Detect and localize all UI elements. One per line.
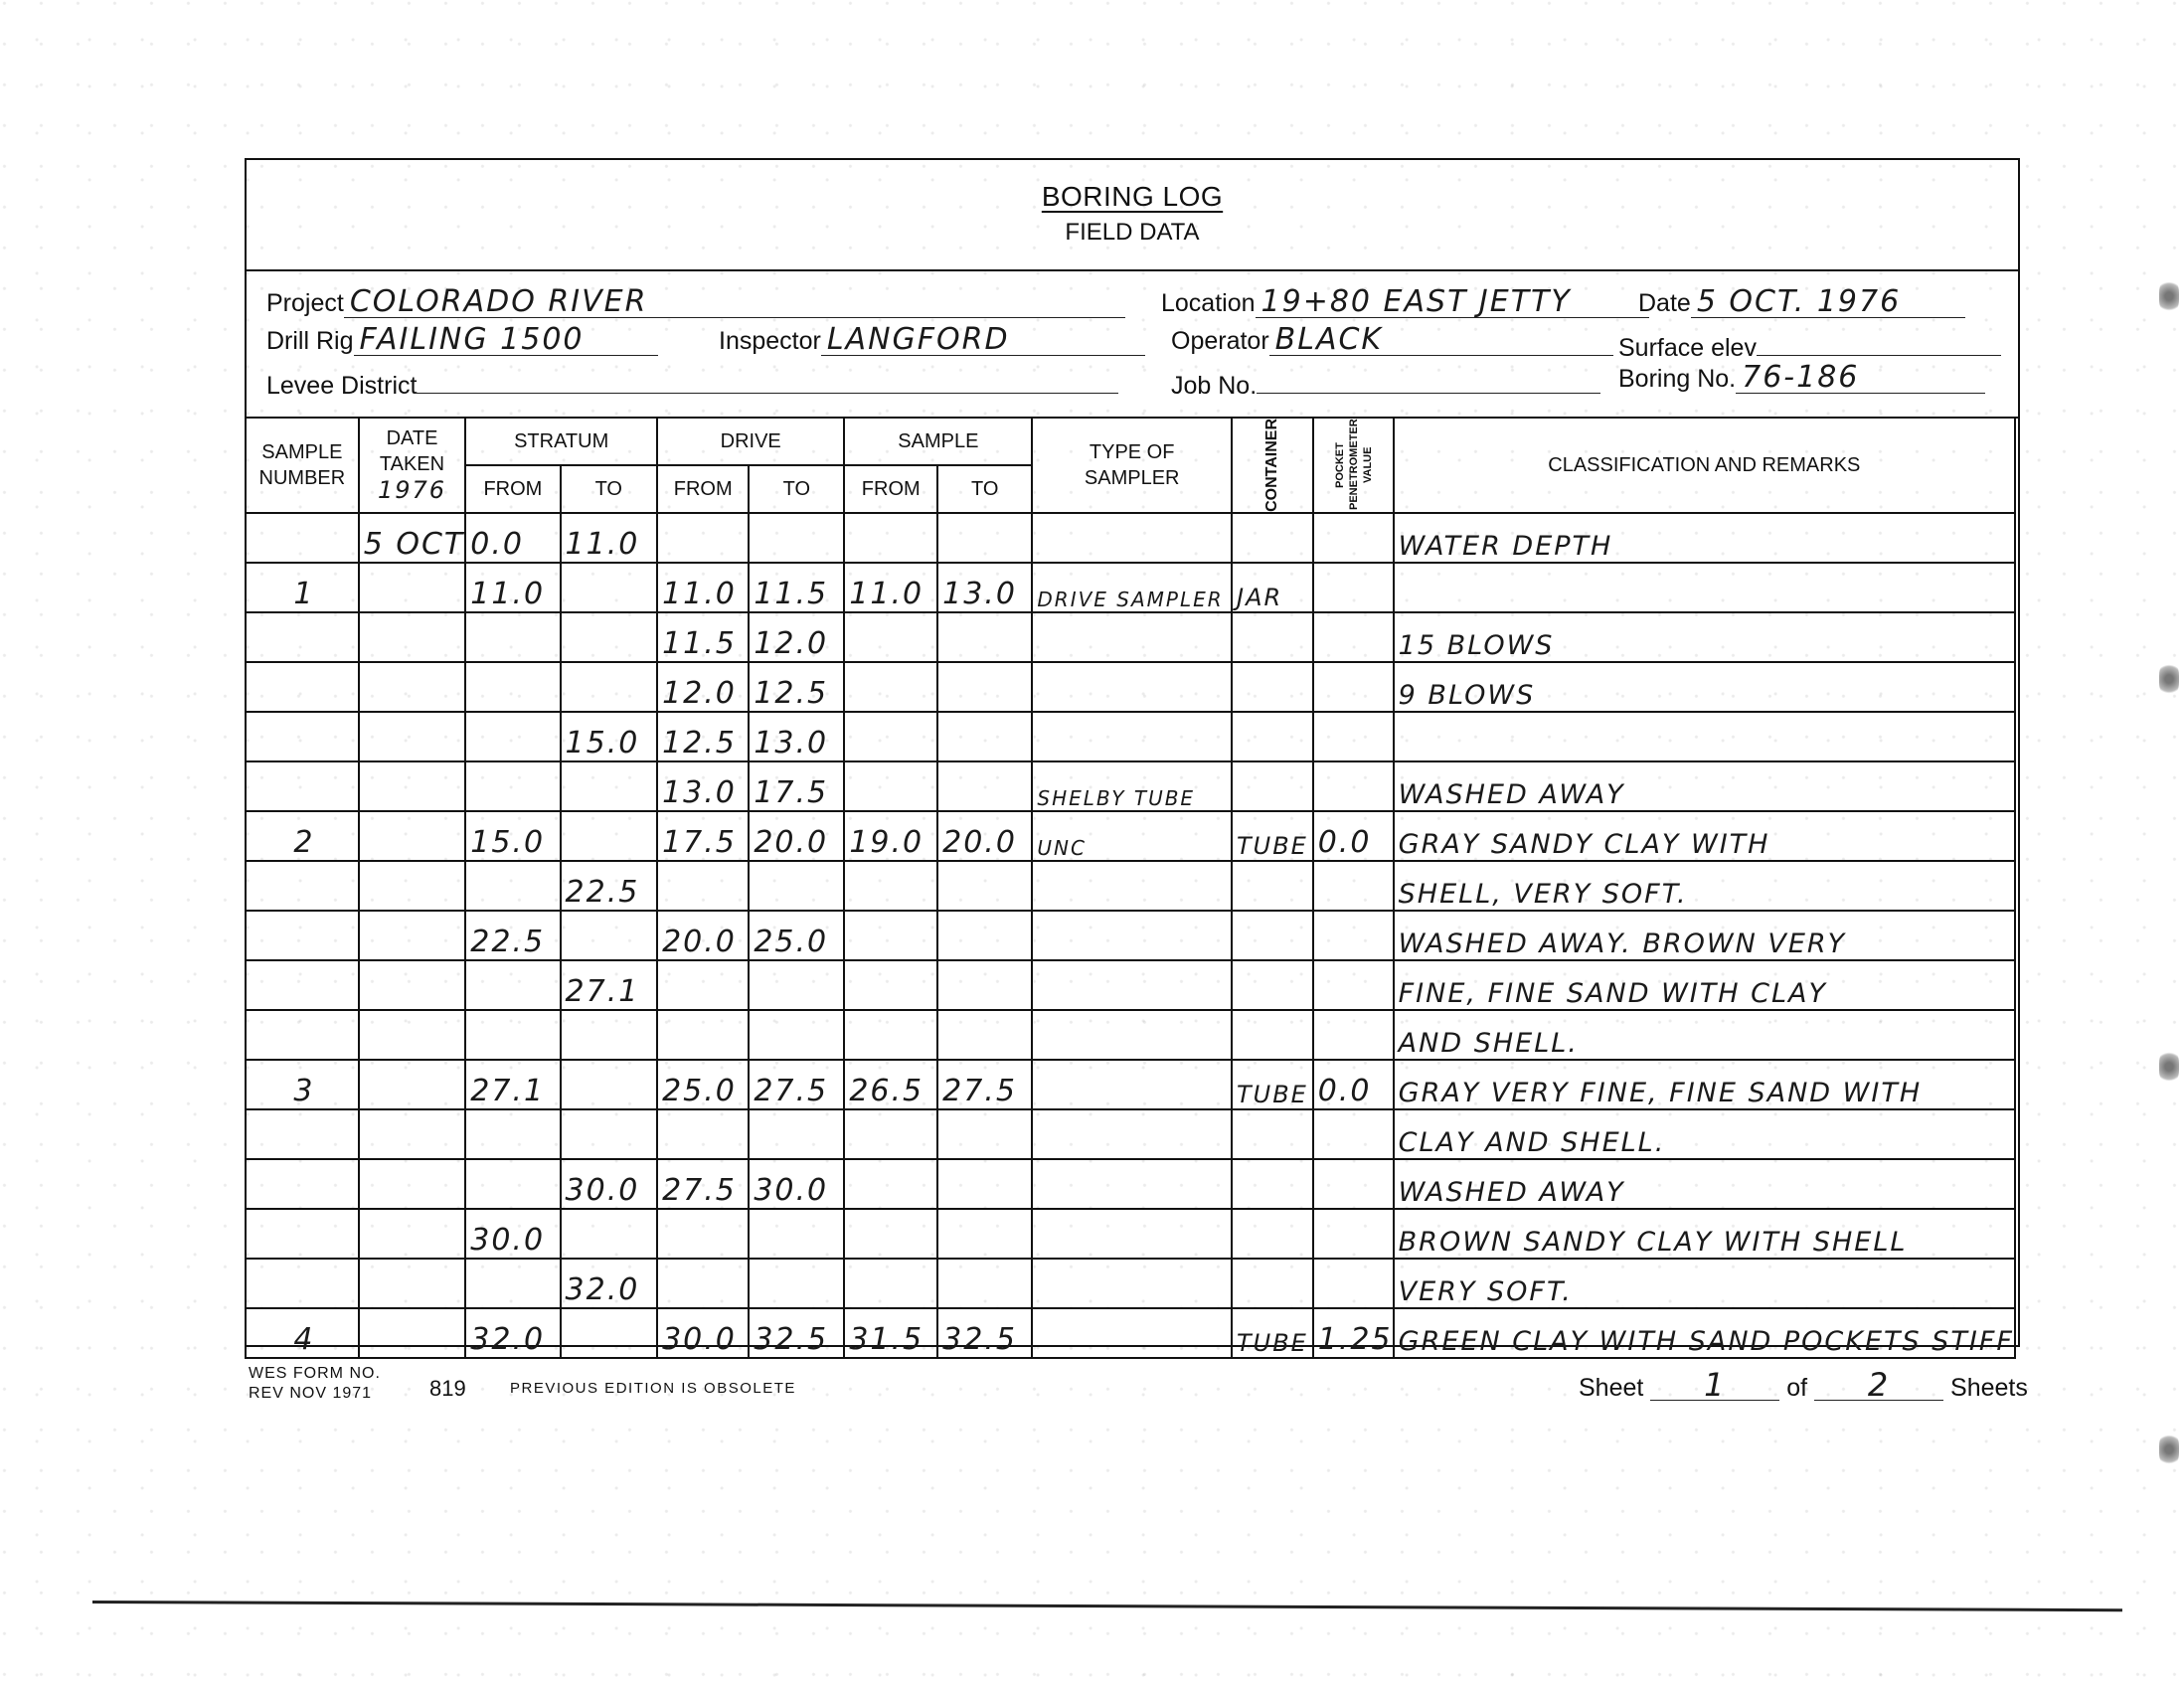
penetrometer-cell[interactable] — [1313, 612, 1394, 662]
container-cell[interactable]: JAR — [1232, 563, 1313, 612]
stratum-from-cell[interactable] — [465, 1159, 560, 1209]
stratum-from-cell[interactable]: 27.1 — [465, 1060, 560, 1109]
date-taken-cell[interactable] — [359, 1010, 466, 1060]
sample-from-cell[interactable] — [844, 911, 937, 960]
col-classification: CLASSIFICATION AND REMARKS — [1394, 418, 2015, 513]
sample-to-cell[interactable] — [937, 761, 1032, 811]
col-sample: SAMPLE — [844, 418, 1032, 465]
drive-from-cell[interactable]: 17.5 — [657, 811, 749, 861]
sample-to-cell[interactable] — [937, 960, 1032, 1010]
penetrometer-cell[interactable]: 0.0 — [1313, 811, 1394, 861]
drive-to-cell[interactable]: 12.0 — [749, 612, 844, 662]
stratum-to-cell[interactable] — [561, 1010, 658, 1060]
drive-to-cell[interactable] — [749, 1109, 844, 1159]
remarks-cell[interactable]: 9 BLOWS — [1394, 662, 2015, 712]
form-title-box: BORING LOG FIELD DATA — [247, 160, 2018, 271]
remarks-cell[interactable]: GRAY VERY FINE, FINE SAND WITH — [1394, 1060, 2015, 1109]
drive-to-cell[interactable]: 13.0 — [749, 712, 844, 761]
drive-from-cell[interactable] — [657, 960, 749, 1010]
container-cell[interactable] — [1232, 911, 1313, 960]
stratum-to-cell[interactable]: 22.5 — [561, 861, 658, 911]
sample-to-cell[interactable] — [937, 1010, 1032, 1060]
col-container: CONTAINER — [1232, 418, 1313, 513]
location-value[interactable]: 19+80 EAST JETTY — [1256, 287, 1649, 318]
drive-to-cell[interactable]: 32.5 — [749, 1308, 844, 1358]
remarks-cell[interactable]: GRAY SANDY CLAY WITH — [1394, 811, 2015, 861]
sampler-type-cell[interactable] — [1032, 1308, 1232, 1358]
col-stratum: STRATUM — [465, 418, 657, 465]
sample-number-cell[interactable] — [246, 662, 359, 712]
container-cell[interactable]: TUBE — [1232, 811, 1313, 861]
sampler-type-cell[interactable] — [1032, 1159, 1232, 1209]
drive-from-cell[interactable]: 25.0 — [657, 1060, 749, 1109]
sample-from-cell[interactable]: 11.0 — [844, 563, 937, 612]
table-row: AND SHELL. — [246, 1010, 2015, 1060]
sample-to-cell[interactable] — [937, 861, 1032, 911]
sample-from-cell[interactable]: 31.5 — [844, 1308, 937, 1358]
sample-number-cell[interactable] — [246, 1159, 359, 1209]
sample-number-cell[interactable] — [246, 712, 359, 761]
drive-to-cell[interactable] — [749, 861, 844, 911]
drive-from-cell[interactable]: 30.0 — [657, 1308, 749, 1358]
sample-from-cell[interactable] — [844, 712, 937, 761]
sample-from-cell[interactable] — [844, 960, 937, 1010]
date-taken-cell[interactable] — [359, 1308, 466, 1358]
penetrometer-cell[interactable] — [1313, 1209, 1394, 1259]
date-taken-cell[interactable] — [359, 861, 466, 911]
drive-from-cell[interactable]: 11.0 — [657, 563, 749, 612]
job-no-field: Job No. — [1171, 363, 1600, 401]
table-row: 30.027.530.0WASHED AWAY — [246, 1159, 2015, 1209]
sample-number-cell[interactable] — [246, 1109, 359, 1159]
penetrometer-cell[interactable] — [1313, 712, 1394, 761]
container-cell[interactable] — [1232, 712, 1313, 761]
sheets-total[interactable]: 2 — [1814, 1370, 1943, 1401]
sample-to-cell[interactable] — [937, 911, 1032, 960]
levee-district-value[interactable] — [417, 363, 1118, 394]
date-taken-cell[interactable] — [359, 563, 466, 612]
penetrometer-cell[interactable] — [1313, 911, 1394, 960]
surface-elev-field: Surface elev — [1618, 325, 2001, 363]
remarks-cell[interactable]: BROWN SANDY CLAY WITH SHELL — [1394, 1209, 2015, 1259]
sampler-type-cell[interactable] — [1032, 1010, 1232, 1060]
sampler-type-cell[interactable] — [1032, 960, 1232, 1010]
form-number-label: WES FORM NO. REV NOV 1971 — [249, 1364, 381, 1404]
form-number: 819 — [429, 1376, 466, 1402]
col-sample-number: SAMPLE NUMBER — [246, 418, 359, 513]
penetrometer-cell[interactable] — [1313, 563, 1394, 612]
header-fields: ProjectCOLORADO RIVER Location19+80 EAST… — [247, 269, 2018, 419]
stratum-to-cell[interactable] — [561, 911, 658, 960]
sample-number-cell[interactable] — [246, 1209, 359, 1259]
drive-from-cell[interactable]: 12.0 — [657, 662, 749, 712]
sample-to-cell[interactable] — [937, 1259, 1032, 1308]
drill-rig-field: Drill RigFAILING 1500 — [266, 325, 658, 356]
sampler-type-cell[interactable] — [1032, 1209, 1232, 1259]
drive-to-cell[interactable]: 11.5 — [749, 563, 844, 612]
sampler-type-cell[interactable]: DRIVE SAMPLER — [1032, 563, 1232, 612]
sampler-type-cell[interactable] — [1032, 1060, 1232, 1109]
sample-to-cell[interactable] — [937, 712, 1032, 761]
boring-no-field: Boring No.76-186 — [1618, 363, 1985, 394]
sampler-type-cell[interactable] — [1032, 612, 1232, 662]
sample-from-cell[interactable] — [844, 1159, 937, 1209]
col-drive: DRIVE — [657, 418, 844, 465]
sampler-type-cell[interactable] — [1032, 1259, 1232, 1308]
binder-hole-mark — [2159, 1049, 2179, 1085]
stratum-from-cell[interactable] — [465, 1109, 560, 1159]
stratum-to-cell[interactable] — [561, 662, 658, 712]
sample-number-cell[interactable] — [246, 960, 359, 1010]
sample-from-cell[interactable] — [844, 1109, 937, 1159]
inspector-field: InspectorLANGFORD — [719, 325, 1145, 356]
penetrometer-cell[interactable]: 0.0 — [1313, 1060, 1394, 1109]
table-row: 432.030.032.531.532.5TUBE1.25GREEN CLAY … — [246, 1308, 2015, 1358]
stratum-to-cell[interactable] — [561, 1209, 658, 1259]
drive-from-cell[interactable] — [657, 861, 749, 911]
operator-field: OperatorBLACK — [1171, 325, 1613, 356]
drive-from-cell[interactable]: 27.5 — [657, 1159, 749, 1209]
container-cell[interactable] — [1232, 612, 1313, 662]
date-taken-cell[interactable]: 5 OCT — [359, 513, 466, 563]
sampler-type-cell[interactable] — [1032, 662, 1232, 712]
date-taken-cell[interactable] — [359, 1259, 466, 1308]
table-row: 11.512.015 BLOWS — [246, 612, 2015, 662]
penetrometer-cell[interactable] — [1313, 1109, 1394, 1159]
table-row: 215.017.520.019.020.0UNCTUBE0.0GRAY SAND… — [246, 811, 2015, 861]
stratum-to-cell[interactable]: 27.1 — [561, 960, 658, 1010]
penetrometer-cell[interactable] — [1313, 861, 1394, 911]
date-taken-cell[interactable] — [359, 1060, 466, 1109]
boring-no-value[interactable]: 76-186 — [1736, 363, 1985, 394]
sample-to-cell[interactable]: 20.0 — [937, 811, 1032, 861]
stratum-from-cell[interactable]: 22.5 — [465, 911, 560, 960]
boring-log-table: SAMPLE NUMBER DATE TAKEN 1976 STRATUM DR… — [245, 417, 2016, 1359]
sample-number-cell[interactable] — [246, 612, 359, 662]
stratum-to-cell[interactable] — [561, 1109, 658, 1159]
drive-from-cell[interactable] — [657, 1010, 749, 1060]
sampler-type-cell[interactable] — [1032, 1109, 1232, 1159]
sample-number-cell[interactable] — [246, 761, 359, 811]
remarks-cell[interactable]: FINE, FINE SAND WITH CLAY — [1394, 960, 2015, 1010]
sample-to-cell[interactable] — [937, 513, 1032, 563]
stratum-from-cell[interactable] — [465, 612, 560, 662]
penetrometer-cell[interactable] — [1313, 1259, 1394, 1308]
sample-from-cell[interactable] — [844, 513, 937, 563]
drive-to-cell[interactable]: 12.5 — [749, 662, 844, 712]
remarks-cell[interactable]: SHELL, VERY SOFT. — [1394, 861, 2015, 911]
container-cell[interactable] — [1232, 1109, 1313, 1159]
page-bottom-rule — [92, 1601, 2122, 1611]
table-row: 327.125.027.526.527.5TUBE0.0GRAY VERY FI… — [246, 1060, 2015, 1109]
remarks-cell[interactable]: CLAY AND SHELL. — [1394, 1109, 2015, 1159]
sample-from-cell[interactable] — [844, 1209, 937, 1259]
stratum-from-cell[interactable]: 30.0 — [465, 1209, 560, 1259]
drive-to-cell[interactable] — [749, 1209, 844, 1259]
sample-number-cell[interactable]: 3 — [246, 1060, 359, 1109]
table-row: 27.1FINE, FINE SAND WITH CLAY — [246, 960, 2015, 1010]
levee-district-field: Levee District — [266, 363, 1118, 401]
binder-hole-mark — [2159, 278, 2179, 314]
sampler-type-cell[interactable]: SHELBY TUBE — [1032, 761, 1232, 811]
col-sample-from: FROM — [844, 465, 937, 513]
sample-to-cell[interactable]: 27.5 — [937, 1060, 1032, 1109]
stratum-to-cell[interactable] — [561, 612, 658, 662]
sample-number-cell[interactable]: 1 — [246, 563, 359, 612]
col-sample-to: TO — [937, 465, 1032, 513]
container-cell[interactable] — [1232, 1010, 1313, 1060]
remarks-cell[interactable] — [1394, 563, 2015, 612]
stratum-from-cell[interactable] — [465, 712, 560, 761]
col-drive-to: TO — [749, 465, 844, 513]
stratum-from-cell[interactable]: 0.0 — [465, 513, 560, 563]
remarks-cell[interactable]: WASHED AWAY — [1394, 1159, 2015, 1209]
penetrometer-cell[interactable] — [1313, 662, 1394, 712]
drive-to-cell[interactable]: 27.5 — [749, 1060, 844, 1109]
inspector-value[interactable]: LANGFORD — [821, 325, 1145, 356]
drive-from-cell[interactable]: 20.0 — [657, 911, 749, 960]
remarks-cell[interactable]: GREEN CLAY WITH SAND POCKETS STIFF — [1394, 1308, 2015, 1358]
sample-number-cell[interactable] — [246, 513, 359, 563]
date-taken-cell[interactable] — [359, 1159, 466, 1209]
date-taken-cell[interactable] — [359, 761, 466, 811]
sheet-counter: Sheet 1 of 2 Sheets — [1579, 1370, 2028, 1403]
stratum-to-cell[interactable]: 11.0 — [561, 513, 658, 563]
table-row: 13.017.5SHELBY TUBEWASHED AWAY — [246, 761, 2015, 811]
sample-from-cell[interactable] — [844, 861, 937, 911]
penetrometer-cell[interactable] — [1313, 513, 1394, 563]
col-pocket-penetrometer: POCKET PENETROMETER VALUE — [1313, 418, 1394, 513]
location-field: Location19+80 EAST JETTY — [1161, 287, 1649, 318]
table-row: 15.012.513.0 — [246, 712, 2015, 761]
col-type-of-sampler: TYPE OF SAMPLER — [1032, 418, 1232, 513]
stratum-from-cell[interactable]: 32.0 — [465, 1308, 560, 1358]
sample-from-cell[interactable] — [844, 612, 937, 662]
penetrometer-cell[interactable] — [1313, 761, 1394, 811]
penetrometer-cell[interactable]: 1.25 — [1313, 1308, 1394, 1358]
sampler-type-cell[interactable] — [1032, 861, 1232, 911]
drive-to-cell[interactable] — [749, 960, 844, 1010]
drill-rig-value[interactable]: FAILING 1500 — [354, 325, 658, 356]
table-row: 22.520.025.0WASHED AWAY. BROWN VERY — [246, 911, 2015, 960]
stratum-to-cell[interactable] — [561, 1308, 658, 1358]
container-cell[interactable] — [1232, 1209, 1313, 1259]
container-cell[interactable]: TUBE — [1232, 1308, 1313, 1358]
sampler-type-cell[interactable] — [1032, 712, 1232, 761]
remarks-cell[interactable] — [1394, 712, 2015, 761]
date-taken-cell[interactable] — [359, 662, 466, 712]
remarks-cell[interactable]: WASHED AWAY. BROWN VERY — [1394, 911, 2015, 960]
project-value[interactable]: COLORADO RIVER — [344, 287, 1125, 318]
sample-to-cell[interactable]: 32.5 — [937, 1308, 1032, 1358]
remarks-cell[interactable]: AND SHELL. — [1394, 1010, 2015, 1060]
sample-number-cell[interactable] — [246, 1259, 359, 1308]
form-subtitle: FIELD DATA — [247, 218, 2018, 248]
stratum-from-cell[interactable]: 11.0 — [465, 563, 560, 612]
sample-from-cell[interactable] — [844, 761, 937, 811]
drive-from-cell[interactable] — [657, 513, 749, 563]
drive-from-cell[interactable] — [657, 1109, 749, 1159]
table-row: 32.0VERY SOFT. — [246, 1259, 2015, 1308]
stratum-from-cell[interactable] — [465, 1259, 560, 1308]
drive-from-cell[interactable]: 13.0 — [657, 761, 749, 811]
stratum-from-cell[interactable] — [465, 662, 560, 712]
remarks-cell[interactable]: 15 BLOWS — [1394, 612, 2015, 662]
table-row: 30.0BROWN SANDY CLAY WITH SHELL — [246, 1209, 2015, 1259]
drive-to-cell[interactable]: 30.0 — [749, 1159, 844, 1209]
sample-from-cell[interactable]: 19.0 — [844, 811, 937, 861]
drive-to-cell[interactable]: 20.0 — [749, 811, 844, 861]
date-taken-cell[interactable] — [359, 1109, 466, 1159]
sample-number-cell[interactable] — [246, 911, 359, 960]
operator-value[interactable]: BLACK — [1269, 325, 1613, 356]
table-row: CLAY AND SHELL. — [246, 1109, 2015, 1159]
stratum-to-cell[interactable] — [561, 563, 658, 612]
stratum-to-cell[interactable] — [561, 811, 658, 861]
drive-to-cell[interactable] — [749, 1010, 844, 1060]
container-cell[interactable]: TUBE — [1232, 1060, 1313, 1109]
container-cell[interactable] — [1232, 861, 1313, 911]
stratum-to-cell[interactable]: 30.0 — [561, 1159, 658, 1209]
sample-from-cell[interactable] — [844, 662, 937, 712]
drive-to-cell[interactable] — [749, 513, 844, 563]
remarks-cell[interactable]: WASHED AWAY — [1394, 761, 2015, 811]
col-stratum-to: TO — [561, 465, 658, 513]
col-stratum-from: FROM — [465, 465, 560, 513]
date-field: Date5 OCT. 1976 — [1638, 287, 1965, 318]
penetrometer-cell[interactable] — [1313, 1010, 1394, 1060]
binder-hole-mark — [2159, 1432, 2179, 1467]
sample-number-cell[interactable]: 4 — [246, 1308, 359, 1358]
stratum-from-cell[interactable] — [465, 861, 560, 911]
container-cell[interactable] — [1232, 662, 1313, 712]
sample-from-cell[interactable]: 26.5 — [844, 1060, 937, 1109]
sampler-type-cell[interactable] — [1032, 911, 1232, 960]
penetrometer-cell[interactable] — [1313, 960, 1394, 1010]
container-cell[interactable] — [1232, 1159, 1313, 1209]
obsolete-note: PREVIOUS EDITION IS OBSOLETE — [510, 1380, 796, 1397]
col-drive-from: FROM — [657, 465, 749, 513]
sampler-type-cell[interactable]: UNC — [1032, 811, 1232, 861]
drive-to-cell[interactable]: 17.5 — [749, 761, 844, 811]
table-row: 5 OCT0.011.0WATER DEPTH — [246, 513, 2015, 563]
remarks-cell[interactable]: VERY SOFT. — [1394, 1259, 2015, 1308]
date-value[interactable]: 5 OCT. 1976 — [1691, 287, 1965, 318]
surface-elev-value[interactable] — [1757, 325, 2001, 356]
sampler-type-cell[interactable] — [1032, 513, 1232, 563]
sample-from-cell[interactable] — [844, 1259, 937, 1308]
penetrometer-cell[interactable] — [1313, 1159, 1394, 1209]
date-taken-cell[interactable] — [359, 712, 466, 761]
sample-from-cell[interactable] — [844, 1010, 937, 1060]
container-cell[interactable] — [1232, 1259, 1313, 1308]
job-no-value[interactable] — [1257, 363, 1600, 394]
col-date-taken: DATE TAKEN 1976 — [359, 418, 466, 513]
stratum-to-cell[interactable] — [561, 1060, 658, 1109]
sample-to-cell[interactable] — [937, 662, 1032, 712]
sample-number-cell[interactable] — [246, 861, 359, 911]
container-cell[interactable] — [1232, 513, 1313, 563]
sample-to-cell[interactable] — [937, 612, 1032, 662]
remarks-cell[interactable]: WATER DEPTH — [1394, 513, 2015, 563]
sample-to-cell[interactable] — [937, 1209, 1032, 1259]
date-taken-cell[interactable] — [359, 811, 466, 861]
boring-log-form: BORING LOG FIELD DATA ProjectCOLORADO RI… — [245, 158, 2020, 1347]
drive-to-cell[interactable]: 25.0 — [749, 911, 844, 960]
drive-from-cell[interactable]: 11.5 — [657, 612, 749, 662]
stratum-from-cell[interactable] — [465, 1010, 560, 1060]
stratum-to-cell[interactable] — [561, 761, 658, 811]
container-cell[interactable] — [1232, 761, 1313, 811]
table-body: 5 OCT0.011.0WATER DEPTH111.011.011.511.0… — [246, 513, 2015, 1358]
stratum-to-cell[interactable]: 15.0 — [561, 712, 658, 761]
sample-number-cell[interactable] — [246, 1010, 359, 1060]
stratum-from-cell[interactable] — [465, 761, 560, 811]
stratum-to-cell[interactable]: 32.0 — [561, 1259, 658, 1308]
project-field: ProjectCOLORADO RIVER — [266, 287, 1125, 318]
date-taken-cell[interactable] — [359, 960, 466, 1010]
sample-to-cell[interactable]: 13.0 — [937, 563, 1032, 612]
sheet-number[interactable]: 1 — [1650, 1370, 1779, 1401]
stratum-from-cell[interactable]: 15.0 — [465, 811, 560, 861]
drive-to-cell[interactable] — [749, 1259, 844, 1308]
sample-to-cell[interactable] — [937, 1109, 1032, 1159]
table-row: 12.012.59 BLOWS — [246, 662, 2015, 712]
table-row: 111.011.011.511.013.0DRIVE SAMPLERJAR — [246, 563, 2015, 612]
date-taken-year: 1976 — [378, 476, 446, 504]
form-title: BORING LOG — [1042, 181, 1223, 212]
stratum-from-cell[interactable] — [465, 960, 560, 1010]
binder-hole-mark — [2159, 661, 2179, 697]
drive-from-cell[interactable] — [657, 1209, 749, 1259]
container-cell[interactable] — [1232, 960, 1313, 1010]
sample-number-cell[interactable]: 2 — [246, 811, 359, 861]
drive-from-cell[interactable] — [657, 1259, 749, 1308]
date-taken-cell[interactable] — [359, 1209, 466, 1259]
date-taken-cell[interactable] — [359, 911, 466, 960]
date-taken-cell[interactable] — [359, 612, 466, 662]
drive-from-cell[interactable]: 12.5 — [657, 712, 749, 761]
table-row: 22.5SHELL, VERY SOFT. — [246, 861, 2015, 911]
sample-to-cell[interactable] — [937, 1159, 1032, 1209]
